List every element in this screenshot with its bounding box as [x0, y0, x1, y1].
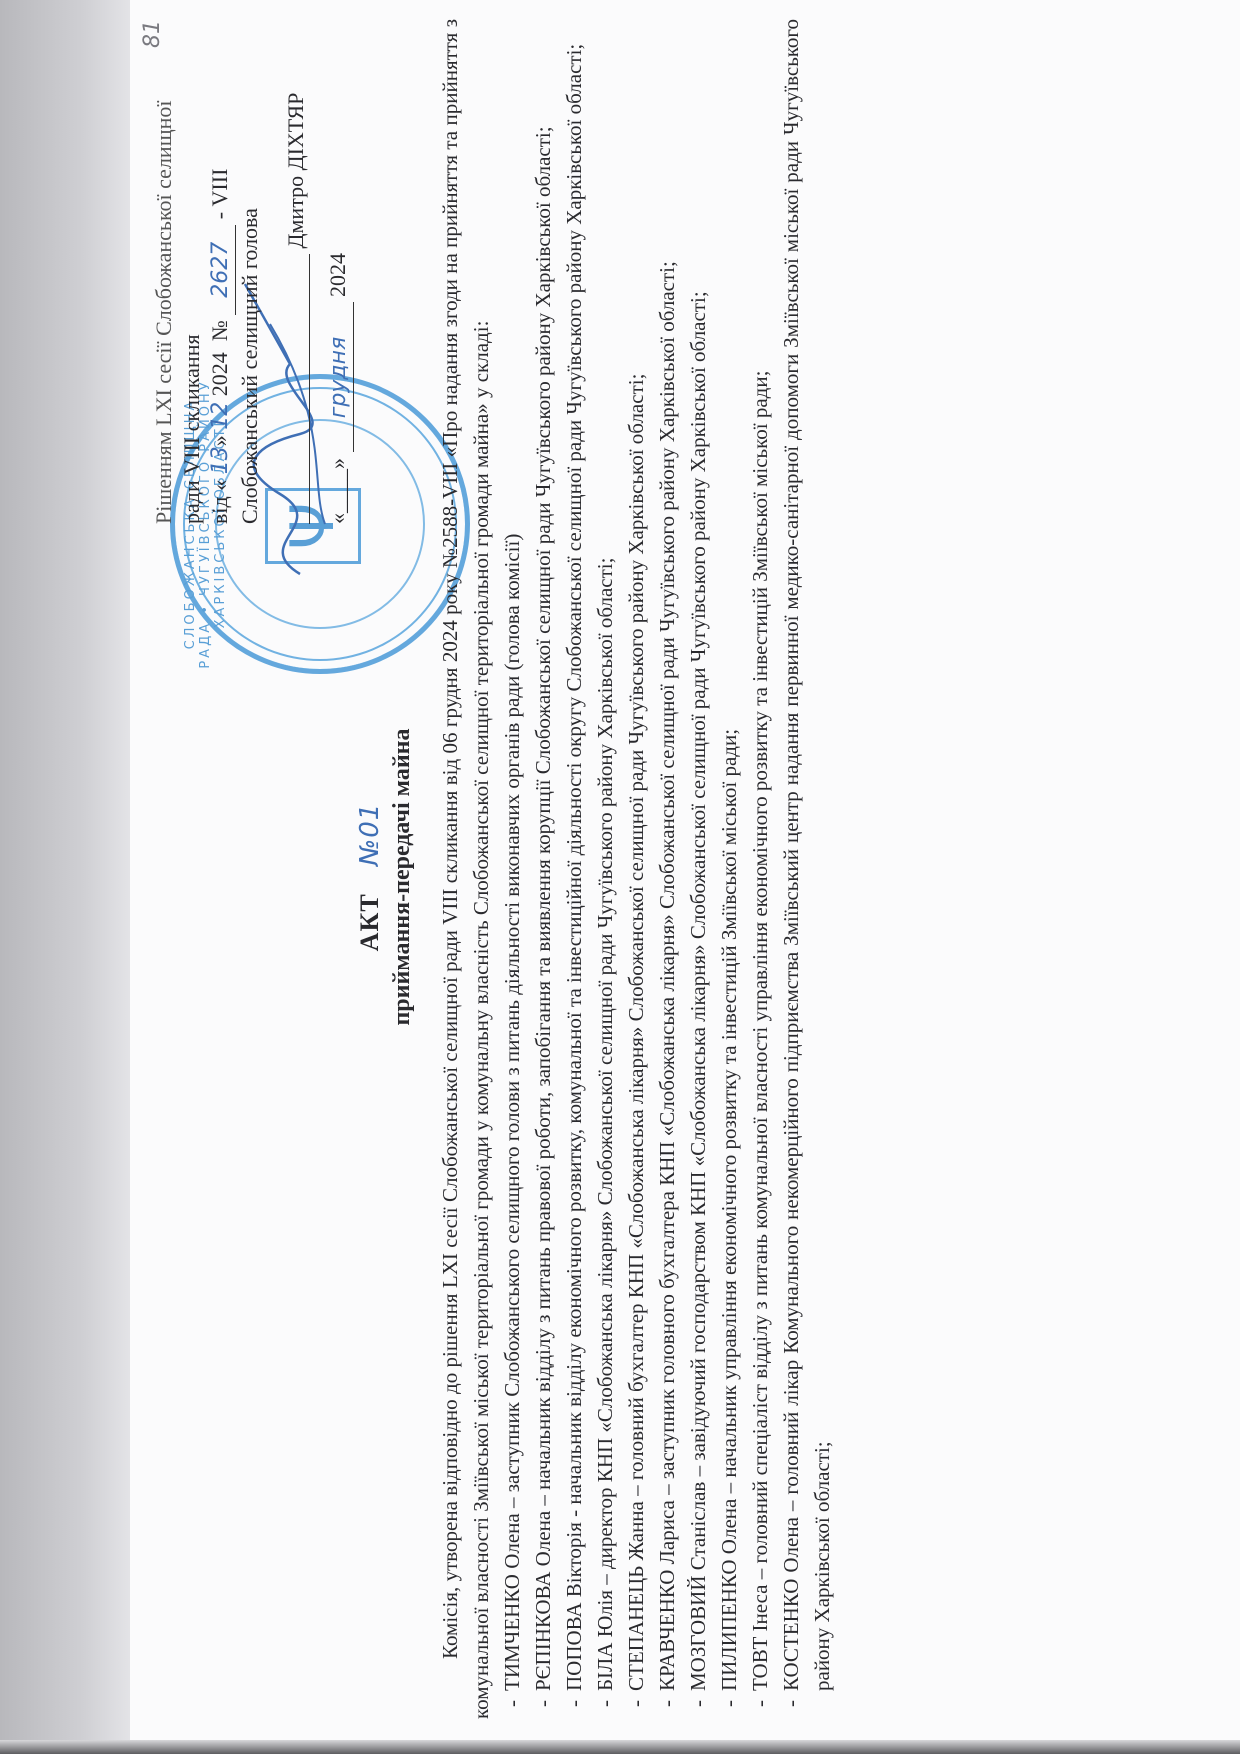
date-month-handwritten: 12 — [208, 402, 233, 430]
member-item: РЄПІНКОВА Олена – начальник відділу з пи… — [528, 19, 559, 1719]
member-item: БІЛА Юлія – директор КНП «Слобожанська л… — [590, 19, 621, 1719]
member-item: ПОПОВА Вікторія - начальник відділу екон… — [559, 19, 590, 1719]
date-day-handwritten: 13 — [208, 446, 233, 474]
title-subtitle: приймання-передачі майна — [389, 0, 416, 1754]
header-signatory: Дмитро ДІХТЯР — [282, 24, 310, 524]
act-title: АКТ №01 приймання-передачі майна — [355, 0, 416, 1754]
header-convocation: ради VIII скликання — [178, 24, 206, 524]
scan-edge — [0, 1740, 1240, 1754]
document-page: 81 СЛОБОЖАНСЬКА СЕЛИЩНА РАДА • ЧУГУЇВСЬК… — [130, 0, 1240, 1754]
header-position: Слобожанський селищний голова — [236, 24, 264, 524]
member-item: ПИЛИПЕНКО Олена – начальник управління е… — [714, 19, 745, 1719]
sign-month-handwritten: грудня — [325, 303, 354, 453]
decision-number-handwritten: 2627 — [207, 225, 236, 315]
member-item: КРАВЧЕНКО Лариса – заступник головного б… — [652, 19, 683, 1719]
header-sign-date: «____» грудня 2024 — [324, 24, 354, 524]
header-date-number: від « 13» 12 2024 № 2627 - VIII — [206, 24, 236, 524]
member-item: МОЗГОВИЙ Станіслав – завідуючий господар… — [683, 19, 714, 1719]
member-item: ТОВТ Інеса – головний спеціаліст відділу… — [745, 19, 776, 1719]
act-body: Комісія, утворена відповідно до рішення … — [435, 19, 838, 1719]
signature-line — [287, 254, 310, 524]
act-number-handwritten: №01 — [355, 803, 385, 866]
scan-shadow — [0, 0, 150, 1754]
title-main: АКТ — [355, 893, 384, 951]
intro-paragraph: Комісія, утворена відповідно до рішення … — [435, 19, 497, 1719]
approval-header: Рішенням LXI сесії Слобожанської селищно… — [150, 24, 354, 524]
member-item: ТИМЧЕНКО Олена – заступник Слобожанськог… — [497, 19, 528, 1719]
member-item: КОСТЕНКО Олена – головний лікар Комуналь… — [776, 19, 838, 1719]
header-decision: Рішенням LXI сесії Слобожанської селищно… — [150, 24, 178, 524]
member-item: СТЕПАНЕЦЬ Жанна – головний бухгалтер КНП… — [621, 19, 652, 1719]
